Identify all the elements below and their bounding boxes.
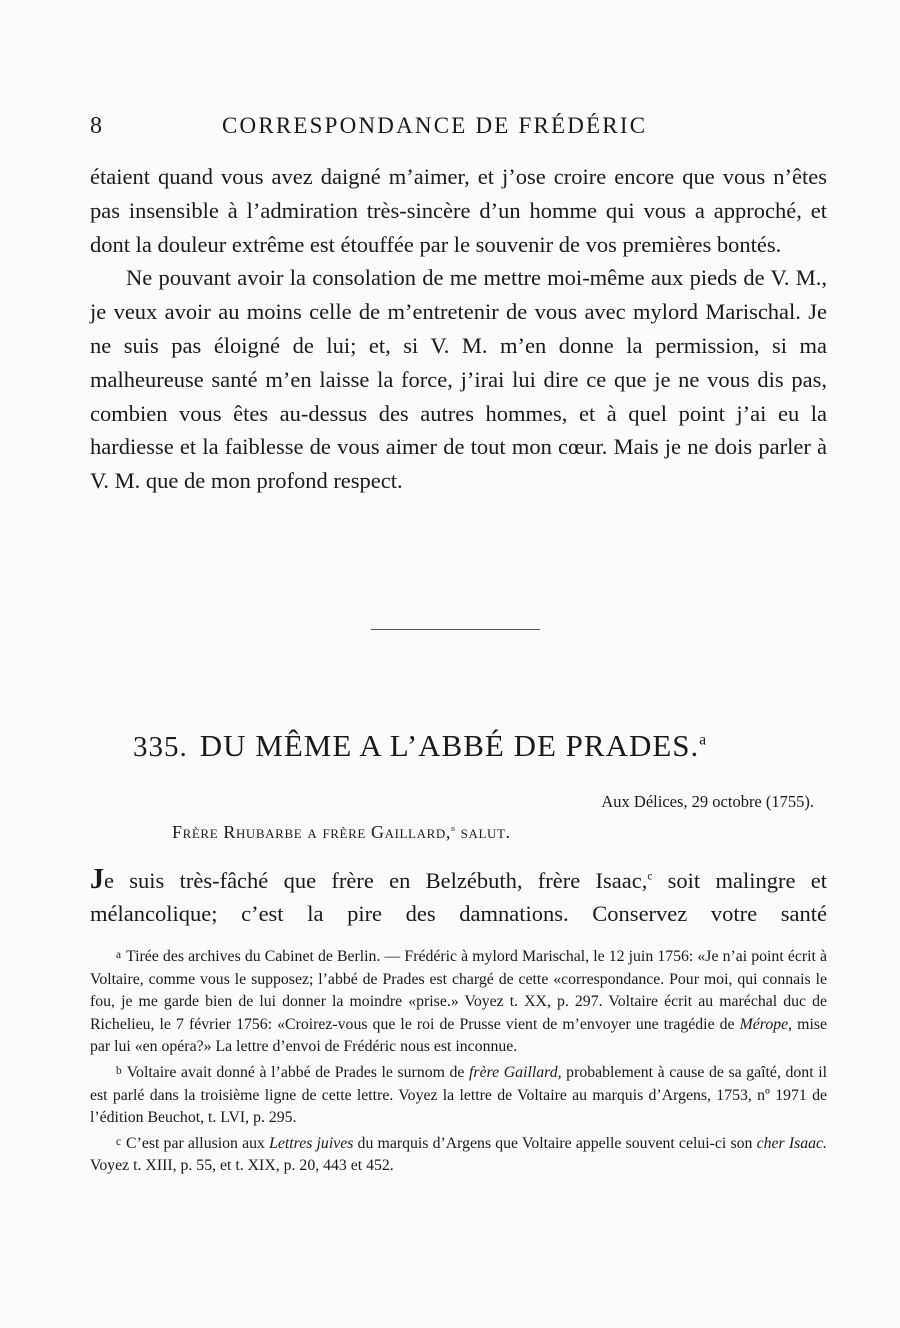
book-page: 8 CORRESPONDANCE DE FRÉDÉRIC étaient qua… [0, 0, 900, 1328]
footnote-mark: b [116, 1065, 122, 1077]
footnote-text: Voltaire avait donné à l’abbé de Prades … [127, 1064, 469, 1081]
footnote-c: cC’est par allusion aux Lettres juives d… [90, 1131, 827, 1178]
footnotes: aTirée des archives du Cabinet de Berlin… [90, 944, 827, 1179]
footnote-italic: cher Isaac. [757, 1135, 827, 1152]
paragraph: Je suis très-fâché que frère en Belzébut… [90, 863, 827, 930]
footnote-italic: Mérope [740, 1016, 789, 1033]
running-title: CORRESPONDANCE DE FRÉDÉRIC [222, 113, 647, 139]
running-head: 8 CORRESPONDANCE DE FRÉDÉRIC [90, 113, 830, 143]
body-text: e suis très-fâché que frère en Belzébuth… [104, 868, 647, 893]
footnote-ref-b[interactable]: b [451, 823, 456, 833]
letter-body: Je suis très-fâché que frère en Belzébut… [90, 863, 827, 930]
footnote-italic: Lettres juives [269, 1135, 353, 1152]
letter-continuation: étaient quand vous avez daigné m’aimer, … [90, 160, 827, 498]
salutation: Frère Rhubarbe a frère Gaillard,b salut. [172, 822, 511, 843]
paragraph: étaient quand vous avez daigné m’aimer, … [90, 160, 827, 261]
page-number: 8 [90, 113, 102, 140]
salutation-closing: salut. [461, 822, 511, 842]
dateline: Aux Délices, 29 octobre (1755). [601, 792, 814, 812]
footnote-text: Tirée des archives du Cabinet de Berlin.… [90, 948, 827, 1033]
letter-heading: 335.DU MÊME A L’ABBÉ DE PRADES.a [133, 728, 707, 764]
section-divider [371, 629, 540, 630]
footnote-a: aTirée des archives du Cabinet de Berlin… [90, 944, 827, 1059]
footnote-text: du marquis d’Argens que Voltaire appelle… [353, 1135, 756, 1152]
footnote-ref-a[interactable]: a [699, 732, 707, 749]
footnote-text: C’est par allusion aux [126, 1135, 269, 1152]
footnote-b: bVoltaire avait donné à l’abbé de Prades… [90, 1060, 827, 1130]
footnote-text: Voyez t. XIII, p. 55, et t. XIX, p. 20, … [90, 1157, 394, 1174]
initial-letter: J [90, 864, 104, 895]
footnote-mark: a [116, 949, 121, 961]
footnote-mark: c [116, 1136, 121, 1148]
letter-title: DU MÊME A L’ABBÉ DE PRADES. [200, 728, 700, 763]
salutation-text: Frère Rhubarbe a frère Gaillard, [172, 822, 451, 842]
letter-number: 335. [133, 731, 188, 763]
footnote-italic: frère Gaillard, [469, 1064, 562, 1081]
paragraph: Ne pouvant avoir la consolation de me me… [90, 261, 827, 498]
